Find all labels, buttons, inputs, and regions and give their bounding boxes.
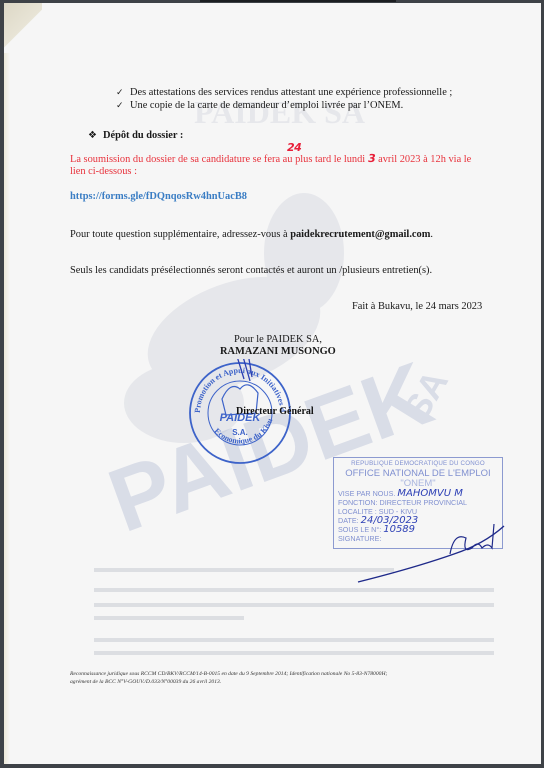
diamond-bullet-icon: ❖	[88, 130, 97, 141]
section-title: ❖Dépôt du dossier :	[88, 129, 183, 142]
requirement-text: Des attestations des services rendus att…	[130, 87, 452, 98]
requirement-text: Une copie de la carte de demandeur d’emp…	[130, 100, 403, 111]
checkmark-icon: ✓	[116, 100, 130, 113]
viewer-top-bar	[200, 0, 396, 2]
handwritten-signature	[354, 518, 514, 588]
signatory-name: RAMAZANI MUSONGO	[220, 345, 336, 358]
crossed-out-day: 3	[367, 152, 377, 165]
onem-fonction-row: FONCTION: DIRECTEUR PROVINCIAL	[338, 498, 498, 507]
shortlist-notice: Seuls les candidats présélectionnés sero…	[70, 264, 432, 277]
svg-text:SA: SA	[395, 363, 456, 427]
document-page: PAIDEK SA PAIDEK SA ✓Des attestations de…	[4, 3, 541, 764]
place-date: Fait à Bukavu, le 24 mars 2023	[352, 300, 482, 313]
vise-label: VISE PAR NOUS.	[338, 489, 395, 498]
form-link[interactable]: https://forms.gle/fDQnqosRw4hnUacB8	[70, 190, 247, 203]
onem-vise-row: VISE PAR NOUS. MAHOMVU M	[338, 489, 498, 498]
submission-text: avril 2023 à 12h via le	[378, 154, 471, 165]
contact-email[interactable]: paidekrecrutement@gmail.com	[290, 229, 430, 240]
footer-line: agrément de la BCC N°V-GOUV./D.033/N°000…	[70, 678, 387, 686]
signatory-title: Directeur Général	[236, 406, 314, 417]
legal-footer: Reconnaissance juridique sous RCCM CD/BK…	[70, 670, 387, 686]
svg-text:S.A.: S.A.	[232, 428, 248, 437]
contact-text: Pour toute question supplémentaire, adre…	[70, 229, 288, 240]
contact-suffix: .	[430, 229, 433, 240]
onem-header: REPUBLIQUE DEMOCRATIQUE DU CONGO	[338, 459, 498, 468]
contact-line: Pour toute question supplémentaire, adre…	[70, 228, 433, 241]
requirement-item: ✓Une copie de la carte de demandeur d’em…	[116, 99, 403, 113]
section-title-text: Dépôt du dossier :	[103, 130, 183, 141]
requirement-item: ✓Des attestations des services rendus at…	[116, 86, 452, 100]
document-viewer: PAIDEK SA PAIDEK SA ✓Des attestations de…	[0, 0, 544, 768]
footer-line: Reconnaissance juridique sous RCCM CD/BK…	[70, 670, 387, 678]
submission-deadline-line2: lien ci-dessous :	[70, 165, 137, 178]
fonction-value: DIRECTEUR PROVINCIAL	[380, 498, 467, 507]
fonction-label: FONCTION:	[338, 498, 378, 507]
submission-deadline-line1: La soumission du dossier de sa candidatu…	[70, 152, 471, 166]
page-edge-shadow	[4, 53, 10, 764]
submission-text: La soumission du dossier de sa candidatu…	[70, 154, 365, 165]
